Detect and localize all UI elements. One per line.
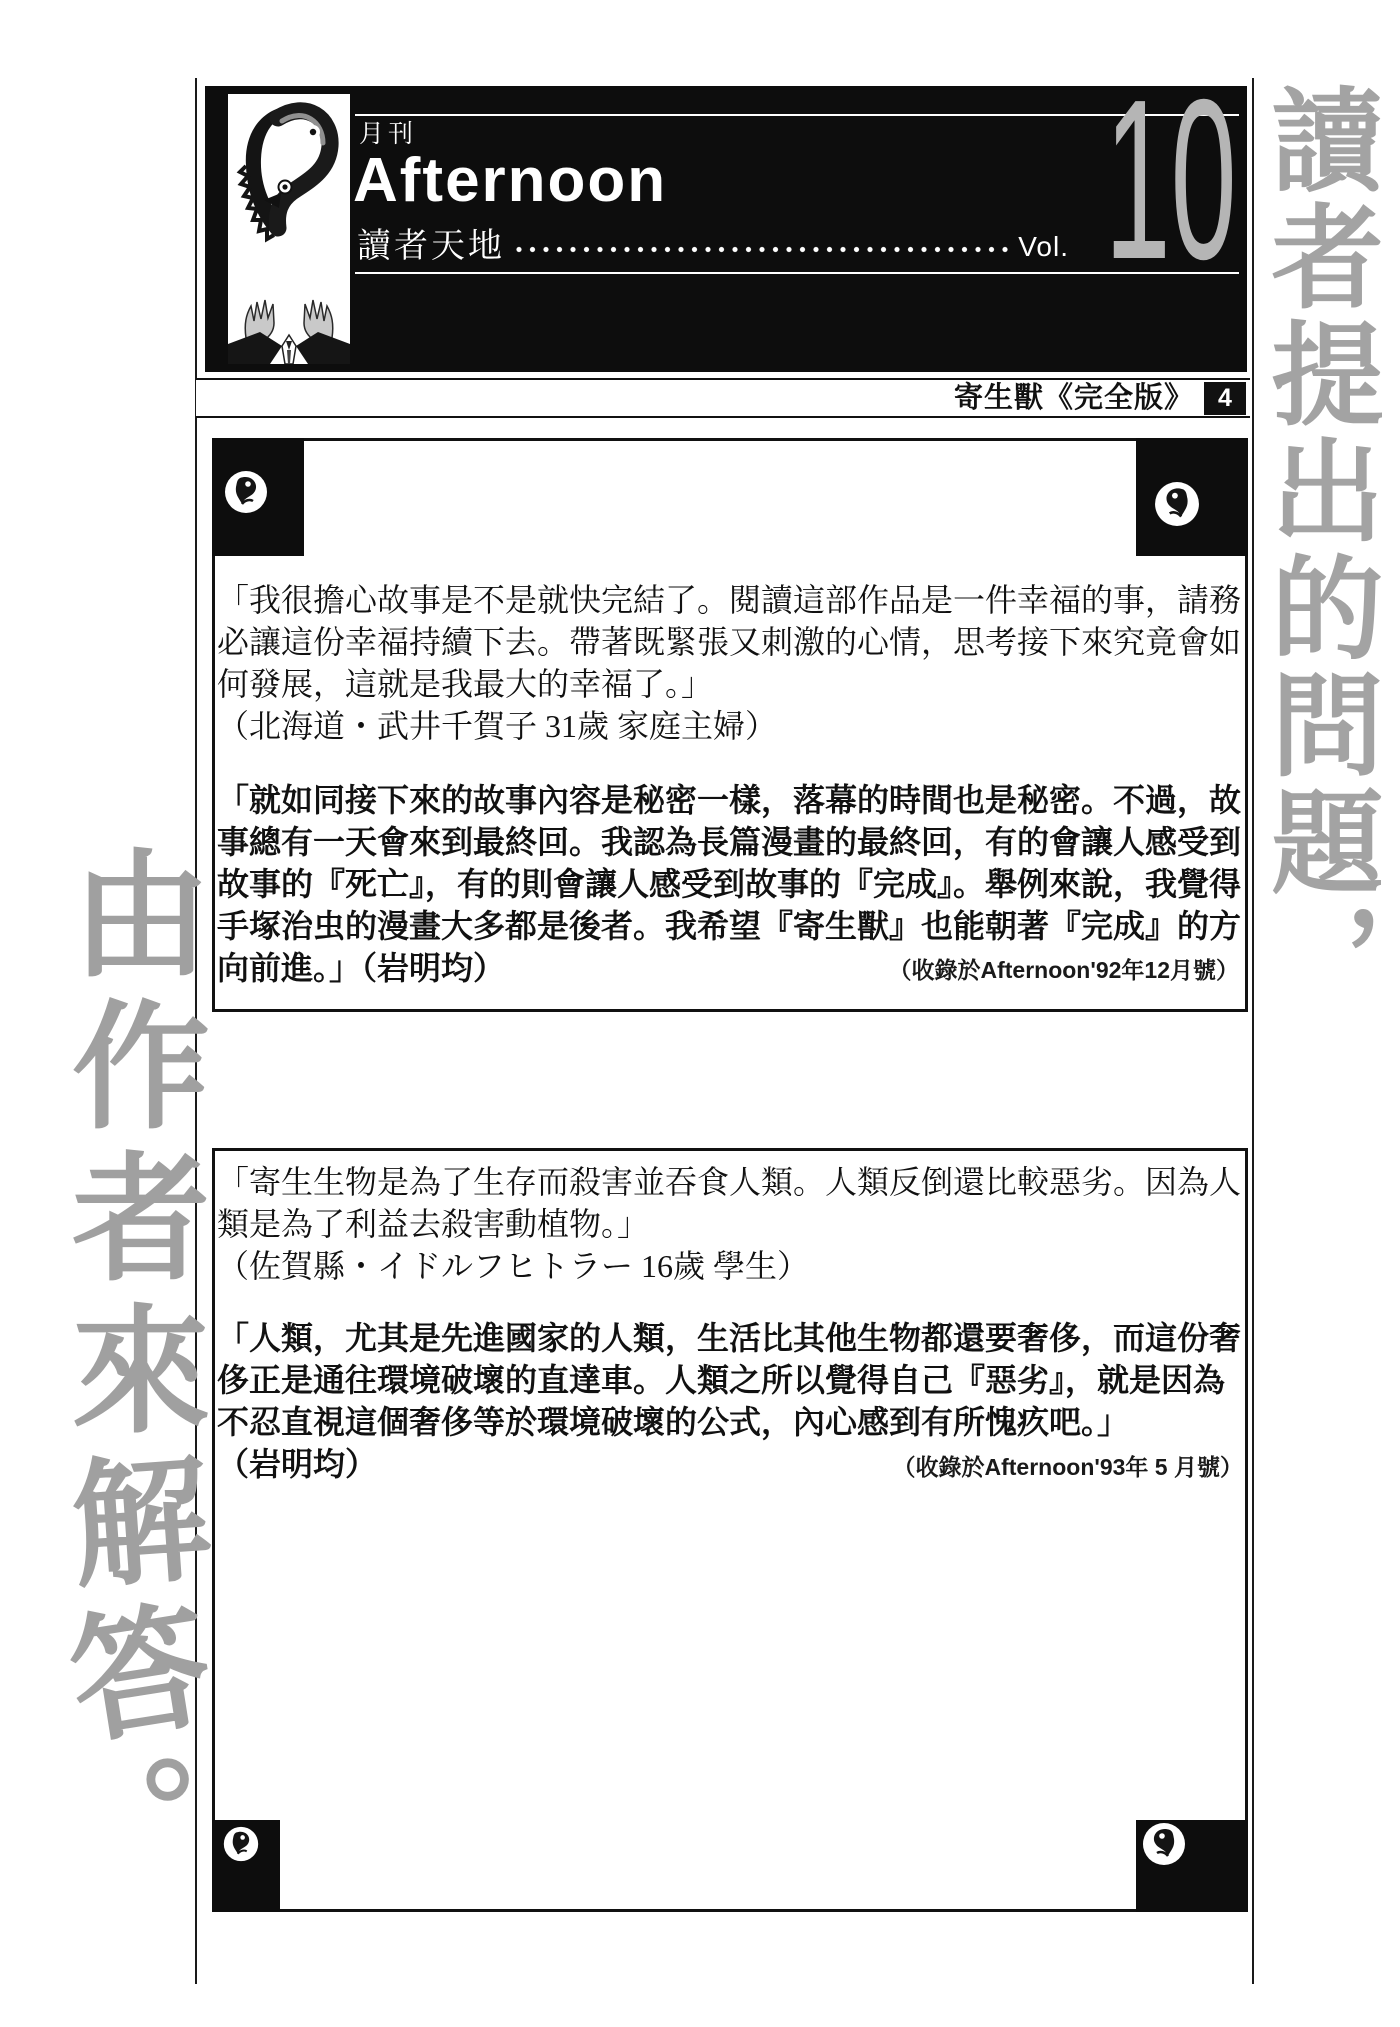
page-border-right xyxy=(1252,78,1254,1984)
author-answer-2: 「人類，尤其是先進國家的人類，生活比其他生物都還要奢侈，而這份奢侈正是通往環境破… xyxy=(217,1317,1243,1488)
question-text: 「寄生生物是為了生存而殺害並吞食人類。人類反倒還比較惡劣。因為人類是為了利益去殺… xyxy=(217,1161,1243,1245)
author-answer-1: 「就如同接下來的故事內容是秘密一樣，落幕的時間也是秘密。不過，故事總有一天會來到… xyxy=(217,779,1243,989)
qa-panel-2: 「寄生生物是為了生存而殺害並吞食人類。人類反倒還比較惡劣。因為人類是為了利益去殺… xyxy=(212,1148,1248,1912)
corner-box-top-left xyxy=(212,438,304,556)
magazine-logo: Afternoon xyxy=(353,148,667,214)
answer-signature: （岩明均） xyxy=(217,1443,377,1485)
answer-footer: （岩明均） （收錄於Afternoon'93年 5 月號） xyxy=(217,1443,1243,1488)
left-vertical-headline: 由作者來解答。 xyxy=(50,842,208,2002)
corner-box-bottom-right xyxy=(1136,1820,1248,1912)
corner-creature-icon xyxy=(224,470,268,514)
parasite-illustration xyxy=(228,94,350,364)
answer-source: （收錄於Afternoon'93年 5 月號） xyxy=(893,1446,1244,1488)
series-title-bar: 寄生獸《完全版》 4 xyxy=(196,378,1250,418)
question-attribution: （北海道・武井千賀子 31歲 家庭主婦） xyxy=(217,705,1243,747)
reader-question-2: 「寄生生物是為了生存而殺害並吞食人類。人類反倒還比較惡劣。因為人類是為了利益去殺… xyxy=(217,1161,1243,1287)
question-text: 「我很擔心故事是不是就快完結了。閱讀這部作品是一件幸福的事，請務必讓這份幸福持續… xyxy=(217,579,1243,705)
corner-creature-icon xyxy=(1154,481,1200,527)
answer-text: 「人類，尤其是先進國家的人類，生活比其他生物都還要奢侈，而這份奢侈正是通往環境破… xyxy=(217,1317,1243,1443)
answer-source: （收錄於Afternoon'92年12月號） xyxy=(888,956,1239,984)
corner-creature-icon xyxy=(223,1826,259,1862)
dotted-leader xyxy=(515,245,1010,254)
question-attribution: （佐賀縣・イドルフヒトラー 16歲 學生） xyxy=(217,1245,1243,1287)
corner-box-bottom-left xyxy=(212,1820,280,1912)
header-section-row: 讀者天地 Vol. xyxy=(357,222,1069,266)
reader-question-1: 「我很擔心故事是不是就快完結了。閱讀這部作品是一件幸福的事，請務必讓這份幸福持續… xyxy=(217,579,1243,747)
magazine-header: 月刊 Afternoon 讀者天地 Vol. 10 xyxy=(205,86,1247,372)
qa-panel-1: 「我很擔心故事是不是就快完結了。閱讀這部作品是一件幸福的事，請務必讓這份幸福持續… xyxy=(212,438,1248,1012)
header-divider-bottom xyxy=(355,272,1239,274)
series-title: 寄生獸《完全版》 xyxy=(954,380,1194,417)
manga-extra-page: 讀者提出的問題， 由作者來解答。 月刊 xyxy=(0,0,1400,2027)
right-vertical-headline: 讀者提出的問題， xyxy=(1256,82,1380,1102)
volume-number-badge: 4 xyxy=(1204,382,1246,415)
vol-number: 10 xyxy=(1105,66,1237,294)
magazine-type-label: 月刊 xyxy=(359,120,417,148)
vol-label: Vol. xyxy=(1018,232,1069,262)
corner-creature-icon xyxy=(1142,1822,1186,1866)
corner-box-top-right xyxy=(1136,438,1248,556)
section-title: 讀者天地 xyxy=(357,226,505,266)
